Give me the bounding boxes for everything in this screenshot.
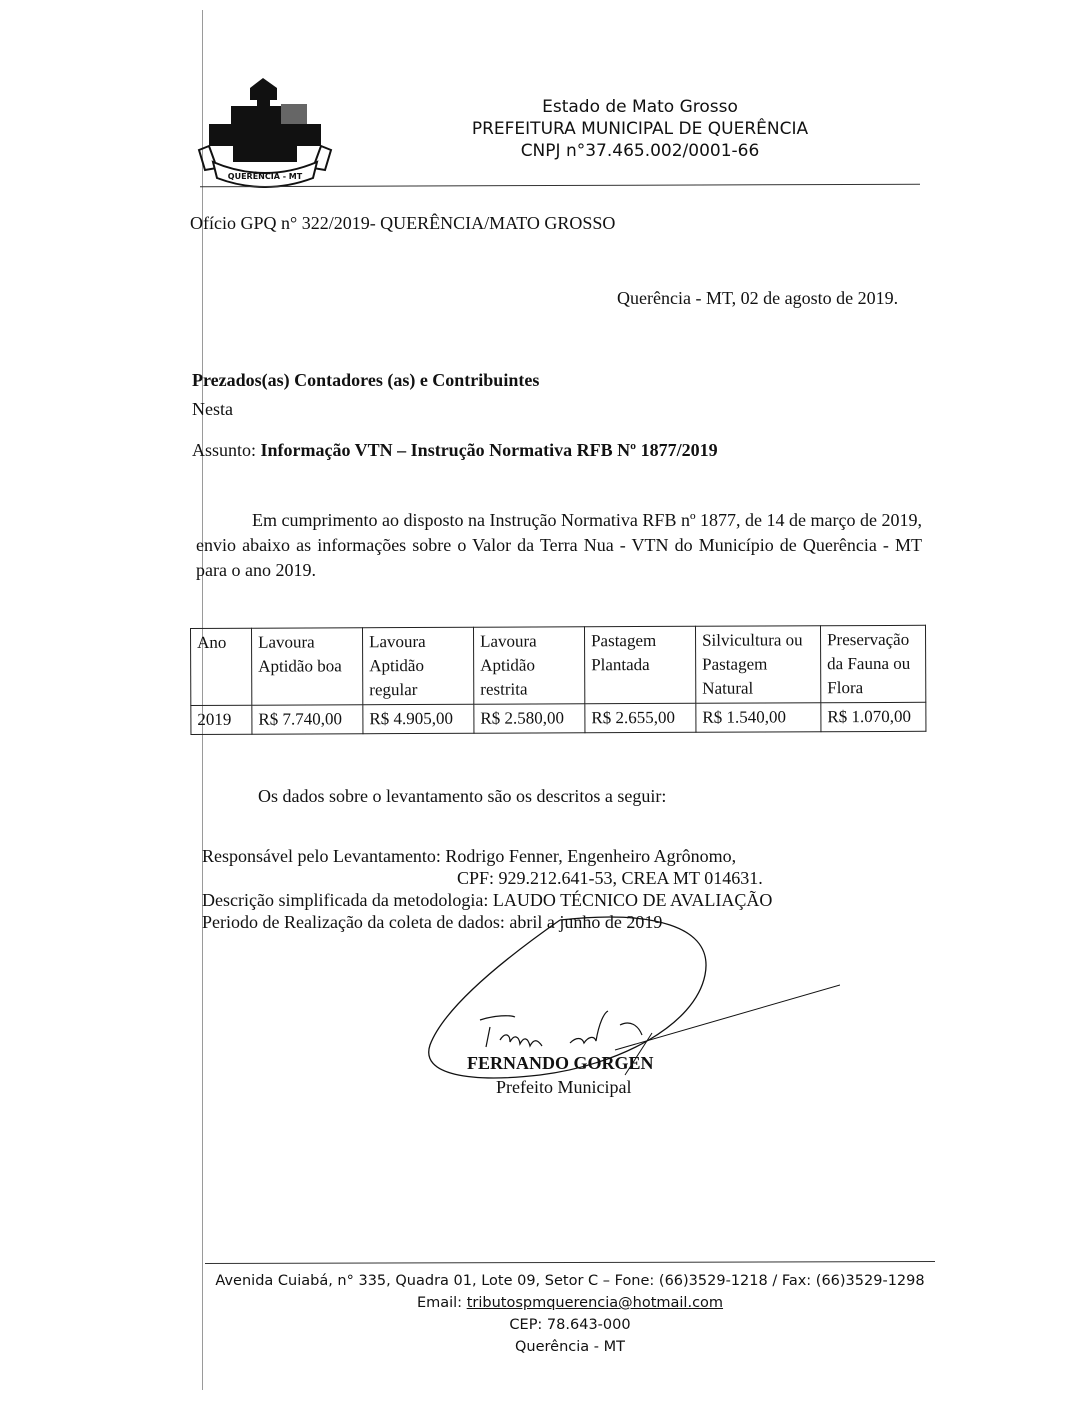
subject-text: Informação VTN – Instrução Normativa RFB…	[261, 440, 718, 460]
survey-methodology: Descrição simplificada da metodologia: L…	[202, 889, 772, 911]
subject-label: Assunto:	[192, 440, 261, 460]
table-cell: R$ 4.905,00	[363, 704, 474, 733]
table-header-row: Ano Lavoura Aptidão boa Lavoura Aptidão …	[191, 625, 926, 705]
table-cell: 2019	[191, 705, 252, 734]
table-header-cell: Ano	[191, 628, 252, 705]
footer-email-label: Email:	[417, 1295, 467, 1311]
prefecture-name: PREFEITURA MUNICIPAL DE QUERÊNCIA	[440, 118, 840, 140]
table-cell: R$ 7.740,00	[252, 705, 363, 734]
survey-intro: Os dados sobre o levantamento são os des…	[258, 786, 666, 807]
signer-name: FERNANDO GORGEN	[467, 1053, 654, 1074]
state-name: Estado de Mato Grosso	[440, 96, 840, 118]
letterhead: Estado de Mato Grosso PREFEITURA MUNICIP…	[440, 96, 840, 162]
footer-email-link[interactable]: tributospmquerencia@hotmail.com	[467, 1295, 723, 1311]
table-header-cell: Lavoura Aptidão boa	[252, 628, 363, 705]
survey-responsible: Responsável pelo Levantamento: Rodrigo F…	[202, 845, 772, 867]
vtn-table: Ano Lavoura Aptidão boa Lavoura Aptidão …	[190, 625, 926, 735]
nesta: Nesta	[192, 399, 233, 420]
letter-reference: Ofício GPQ n° 322/2019- QUERÊNCIA/MATO G…	[190, 213, 615, 234]
footer-cep: CEP: 78.643-000	[210, 1314, 930, 1336]
table-cell: R$ 1.540,00	[696, 703, 821, 733]
table-header-cell: Pastagem Plantada	[584, 626, 695, 703]
table-header-cell: Silvicultura ou Pastagem Natural	[695, 626, 820, 704]
table-cell: R$ 2.580,00	[474, 704, 585, 733]
table-header-cell: Lavoura Aptidão restrita	[473, 627, 584, 704]
table-cell: R$ 2.655,00	[585, 703, 696, 732]
table-row: 2019 R$ 7.740,00 R$ 4.905,00 R$ 2.580,00…	[191, 702, 926, 734]
municipal-coat-of-arms-logo: QUERÊNCIA - MT	[195, 78, 335, 188]
table-header-cell: Preservação da Fauna ou Flora	[820, 625, 925, 702]
subject-line: Assunto: Informação VTN – Instrução Norm…	[192, 440, 718, 461]
body-paragraph: Em cumprimento ao disposto na Instrução …	[196, 508, 922, 583]
footer-divider	[205, 1261, 935, 1264]
place-and-date: Querência - MT, 02 de agosto de 2019.	[617, 288, 898, 309]
svg-text:QUERÊNCIA - MT: QUERÊNCIA - MT	[228, 170, 303, 181]
salutation: Prezados(as) Contadores (as) e Contribui…	[192, 370, 539, 391]
footer-address: Avenida Cuiabá, n° 335, Quadra 01, Lote …	[210, 1270, 930, 1292]
signer-role: Prefeito Municipal	[496, 1077, 631, 1098]
footer-city: Querência - MT	[210, 1336, 930, 1358]
table-header-cell: Lavoura Aptidão regular	[363, 627, 474, 704]
cnpj: CNPJ n°37.465.002/0001-66	[440, 140, 840, 162]
footer: Avenida Cuiabá, n° 335, Quadra 01, Lote …	[210, 1270, 930, 1358]
survey-responsible-ids: CPF: 929.212.641-53, CREA MT 014631.	[202, 867, 772, 889]
table-cell: R$ 1.070,00	[821, 702, 926, 731]
footer-email-line: Email: tributospmquerencia@hotmail.com	[210, 1292, 930, 1314]
